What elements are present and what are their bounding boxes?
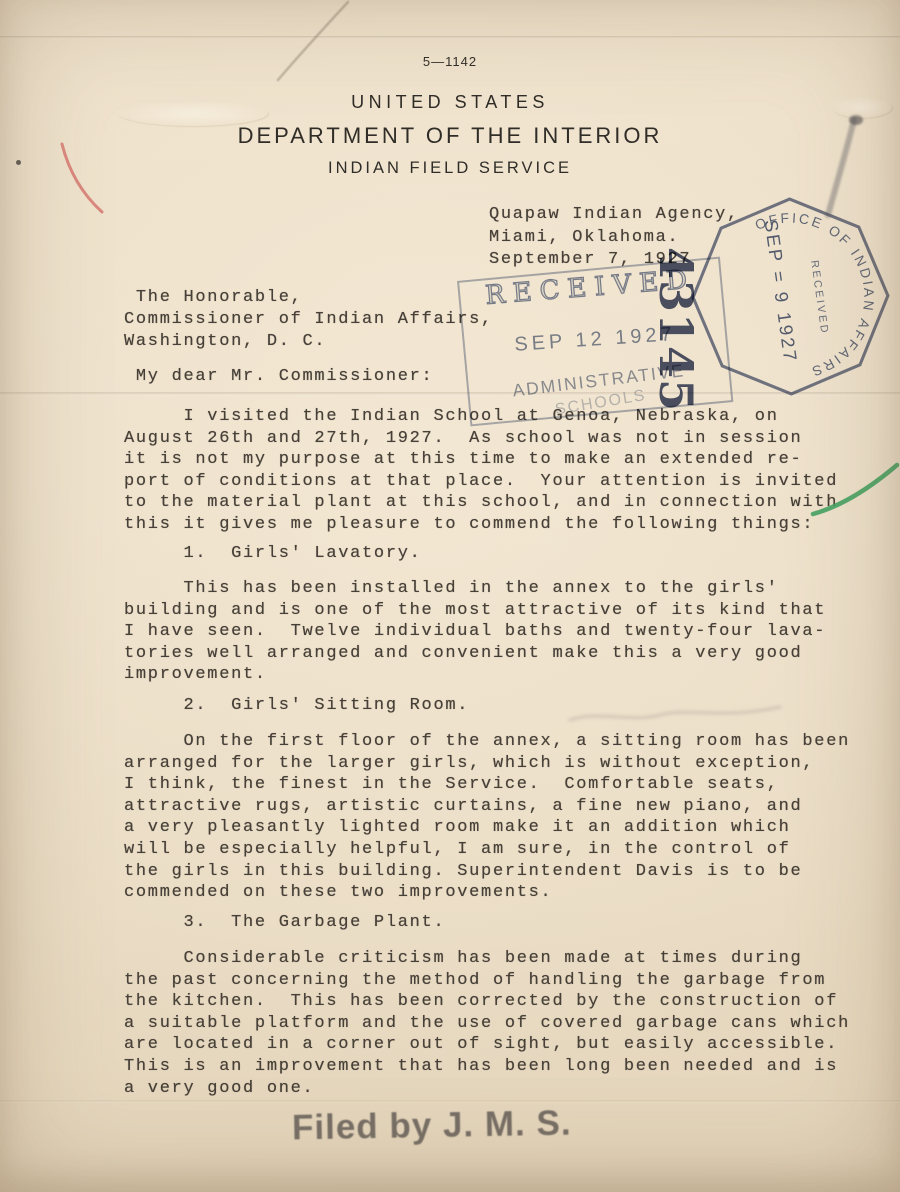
- ink-dot: [16, 160, 21, 165]
- pencil-slash-mark: [262, 0, 362, 85]
- letterhead-united-states: UNITED STATES: [0, 92, 900, 113]
- heading-girls-sitting-room: 2. Girls' Sitting Room.: [124, 695, 469, 717]
- paragraph-girls-lavatory: This has been installed in the annex to …: [124, 578, 826, 686]
- ghost-ink-smudge: [560, 695, 790, 735]
- form-number: 5—1142: [0, 54, 900, 69]
- recipient-address: The Honorable, Commissioner of Indian Af…: [124, 287, 493, 353]
- fold-crease-top: [0, 36, 900, 39]
- octagon-date-text: SEP = 9 1927: [760, 218, 801, 364]
- paragraph-girls-sitting-room: On the first floor of the annex, a sitti…: [124, 731, 850, 904]
- fold-crease-bottom: [0, 1100, 900, 1103]
- letter-page: 5—1142 UNITED STATES DEPARTMENT OF THE I…: [0, 0, 900, 1192]
- letterhead-department: DEPARTMENT OF THE INTERIOR: [0, 123, 900, 149]
- octagon-received-text: RECEIVED: [808, 259, 830, 335]
- filed-by-stamp: Filed by J. M. S.: [292, 1104, 572, 1149]
- heading-garbage-plant: 3. The Garbage Plant.: [124, 912, 445, 934]
- paragraph-garbage-plant: Considerable criticism has been made at …: [124, 948, 850, 1099]
- heading-girls-lavatory: 1. Girls' Lavatory.: [124, 543, 422, 565]
- salutation: My dear Mr. Commissioner:: [124, 366, 433, 388]
- red-pencil-mark: [52, 138, 112, 223]
